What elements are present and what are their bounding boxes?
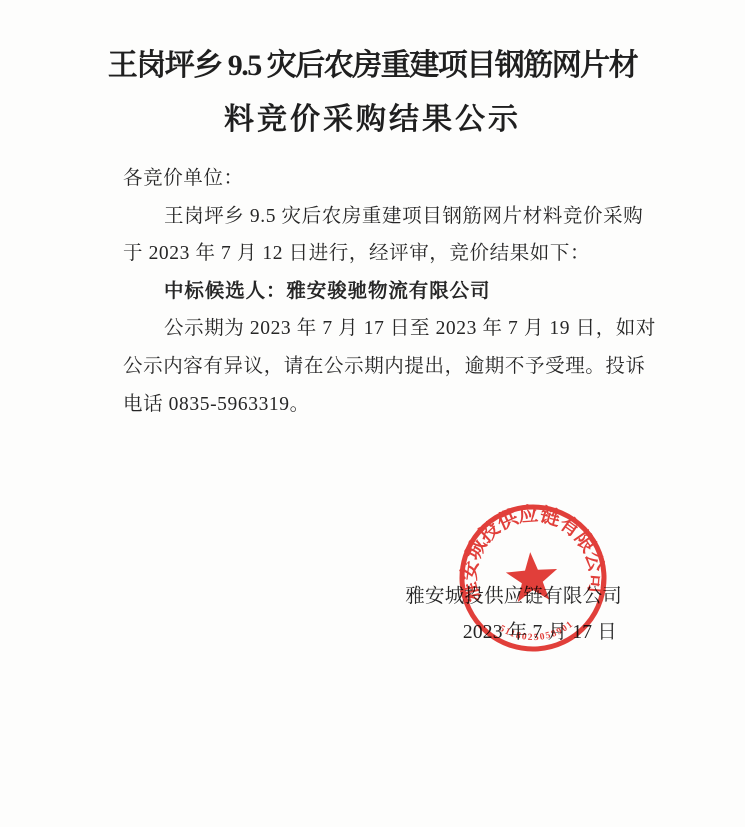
signature-company: 雅安城投供应链有限公司: [405, 580, 622, 608]
document-page: 王岗坪乡 9.5 灾后农房重建项目钢筋网片材 料竞价采购结果公示 各竞价单位： …: [0, 0, 745, 827]
winner-line: 中标候选人：雅安骏驰物流有限公司: [123, 273, 633, 311]
paragraph-line: 公示内容有异议，请在公示期内提出，逾期不予受理。投诉: [123, 348, 633, 386]
phone-line: 电话 0835-5963319。: [123, 386, 633, 424]
document-title-line-1: 王岗坪乡 9.5 灾后农房重建项目钢筋网片材: [0, 40, 745, 84]
salutation-line: 各竞价单位：: [123, 160, 633, 198]
document-body: 各竞价单位： 王岗坪乡 9.5 灾后农房重建项目钢筋网片材料竞价采购 于 202…: [123, 160, 633, 423]
signature-date: 2023 年 7 月 17 日: [463, 616, 617, 644]
paragraph-line: 于 2023 年 7 月 12 日进行，经评审，竞价结果如下：: [123, 235, 633, 273]
paragraph-line: 公示期为 2023 年 7 月 17 日至 2023 年 7 月 19 日，如对: [123, 310, 633, 348]
document-title-line-2: 料竞价采购结果公示: [0, 94, 745, 138]
paragraph-line: 王岗坪乡 9.5 灾后农房重建项目钢筋网片材料竞价采购: [123, 198, 633, 236]
